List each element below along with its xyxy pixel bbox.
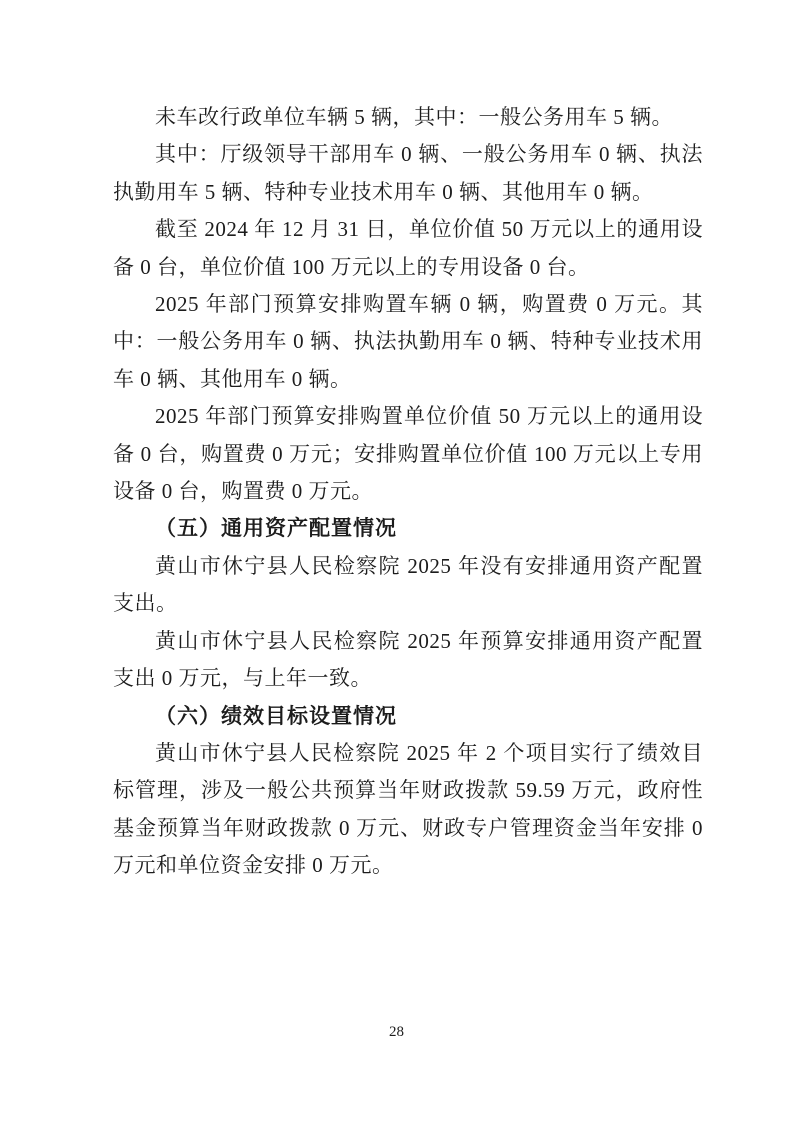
paragraph: 2025 年部门预算安排购置车辆 0 辆，购置费 0 万元。其中：一般公务用车 … [113, 286, 703, 398]
document-body: 未车改行政单位车辆 5 辆，其中：一般公务用车 5 辆。其中：厅级领导干部用车 … [113, 99, 703, 885]
paragraph: 截至 2024 年 12 月 31 日，单位价值 50 万元以上的通用设备 0 … [113, 211, 703, 286]
paragraph: 黄山市休宁县人民检察院 2025 年 2 个项目实行了绩效目标管理，涉及一般公共… [113, 735, 703, 885]
section-heading: （六）绩效目标设置情况 [113, 698, 703, 735]
paragraph: 黄山市休宁县人民检察院 2025 年没有安排通用资产配置支出。 [113, 548, 703, 623]
paragraph: 2025 年部门预算安排购置单位价值 50 万元以上的通用设备 0 台，购置费 … [113, 398, 703, 510]
section-heading: （五）通用资产配置情况 [113, 510, 703, 547]
paragraph: 未车改行政单位车辆 5 辆，其中：一般公务用车 5 辆。 [113, 99, 703, 136]
document-page: 未车改行政单位车辆 5 辆，其中：一般公务用车 5 辆。其中：厅级领导干部用车 … [0, 0, 793, 1122]
paragraph: 黄山市休宁县人民检察院 2025 年预算安排通用资产配置支出 0 万元，与上年一… [113, 623, 703, 698]
page-number: 28 [389, 1024, 404, 1040]
page-footer: 28 [0, 1022, 793, 1042]
paragraph: 其中：厅级领导干部用车 0 辆、一般公务用车 0 辆、执法执勤用车 5 辆、特种… [113, 136, 703, 211]
